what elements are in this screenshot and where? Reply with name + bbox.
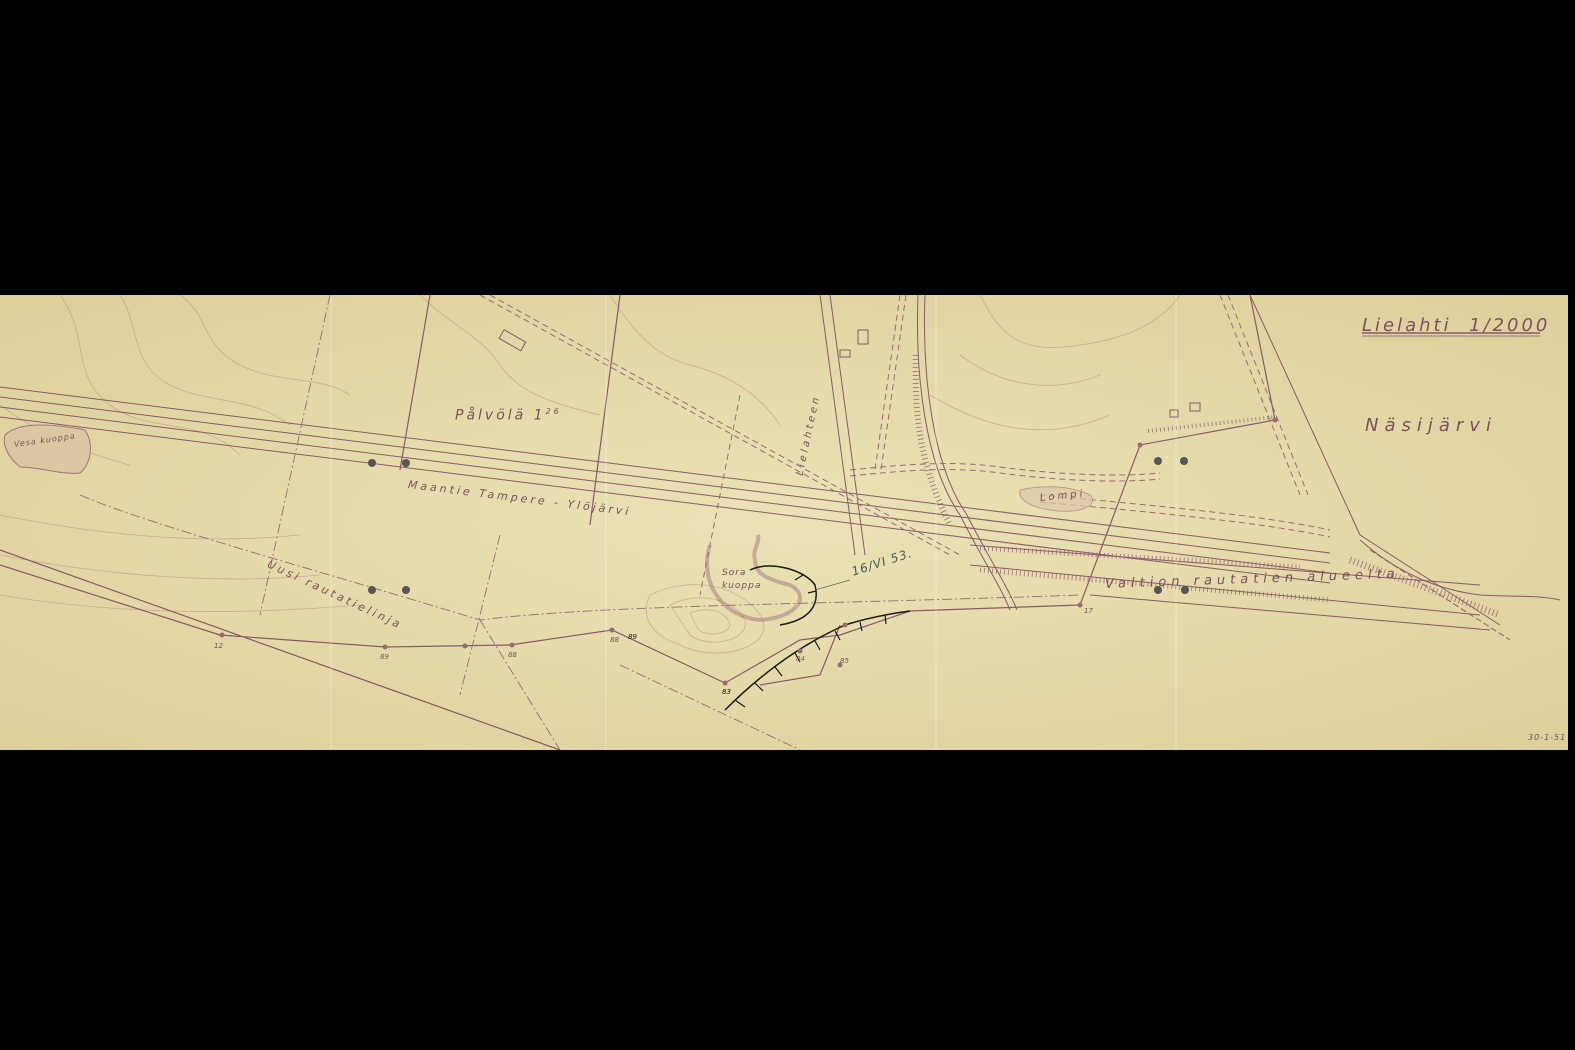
map-title: Lielahti 1/2000 [1362, 315, 1550, 336]
fold-line [605, 295, 607, 750]
lake-label: Näsijärvi [1365, 415, 1497, 436]
point-number: 85 [840, 657, 849, 665]
fold-line [935, 295, 937, 750]
map-sheet: Lielahti 1/2000 Näsijärvi Pålvölä 126 Ma… [0, 295, 1568, 750]
point-number: 89 [380, 653, 389, 661]
map-drawing [0, 295, 1568, 750]
point-number: 88 [508, 651, 517, 659]
point-number: 88 [610, 636, 619, 644]
sheet-number: 30-1-51 [1528, 733, 1566, 742]
gravel-pit-label: Sora kuoppa [722, 567, 762, 593]
point-number: 12 [214, 642, 223, 650]
fold-line [330, 295, 332, 750]
point-number: 89 [628, 633, 637, 641]
map-scale: 1/2000 [1469, 315, 1550, 336]
point-number: 17 [1084, 607, 1093, 615]
point-number: 84 [796, 655, 805, 663]
point-number: 83 [722, 688, 731, 696]
fold-line [1175, 295, 1177, 750]
estate-label: Pålvölä 126 [455, 407, 562, 424]
